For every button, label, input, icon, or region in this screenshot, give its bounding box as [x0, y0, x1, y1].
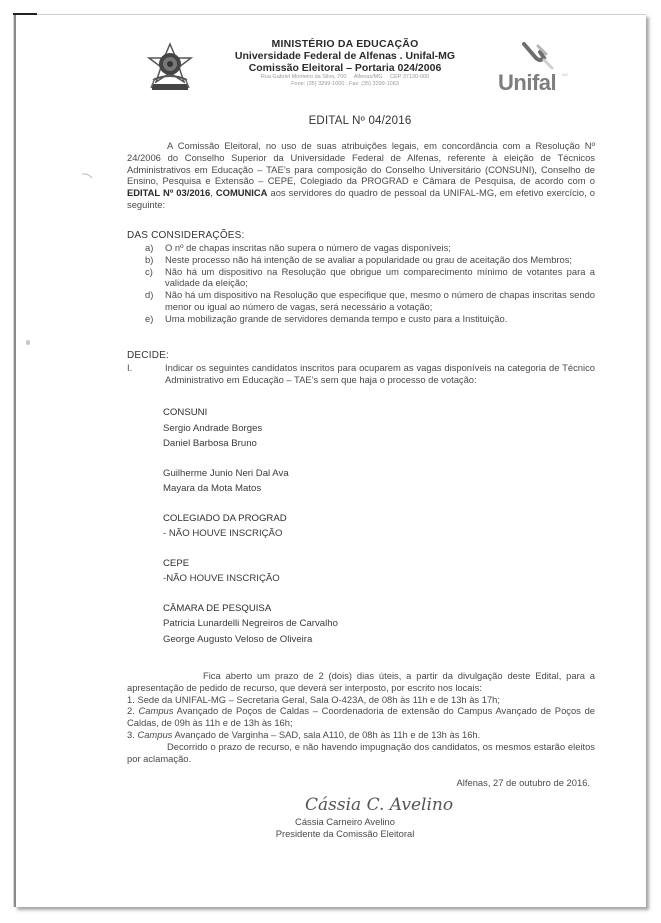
location-text: Sede da UNIFAL-MG – Secretaria Geral, Sa…	[137, 694, 500, 705]
intro-paragraph: A Comissão Eleitoral, no uso de suas atr…	[127, 140, 595, 211]
group-title: COLEGIADO DA PROGRAD	[163, 511, 463, 527]
list-item: b)Neste processo não há intenção de se a…	[145, 254, 595, 266]
university-name: Universidade Federal de Alfenas . Unifal…	[215, 50, 475, 62]
list-item: I.Indicar os seguintes candidatos inscri…	[127, 362, 595, 386]
ministry-name: MINISTÉRIO DA EDUCAÇÃO	[215, 38, 475, 50]
candidate-name: Sergio Andrade Borges	[163, 421, 463, 437]
list-marker: b)	[145, 254, 165, 266]
logo-text: Unifal	[498, 70, 556, 96]
list-item: d)Não há um dispositivo na Resolução que…	[145, 289, 595, 313]
group-consuni: CONSUNI Sergio Andrade Borges Daniel Bar…	[163, 405, 463, 452]
logo-subtext: MG	[562, 73, 570, 77]
comunica-keyword: COMUNICA	[216, 187, 268, 198]
location-number: 2.	[127, 705, 139, 716]
no-registration-note: - NÃO HOUVE INSCRIÇÃO	[163, 526, 463, 542]
group-consuni-2: Guilherme Junio Neri Dal Ava Mayara da M…	[163, 466, 463, 497]
location-text: Avançado de Varginha – SAD, sala A110, d…	[172, 729, 480, 740]
address-line: Rua Gabriel Monteiro da Silva, 700 Alfen…	[215, 74, 475, 81]
handwritten-signature: Cássia C. Avelino	[300, 790, 470, 818]
list-marker: d)	[145, 289, 165, 313]
list-marker: c)	[145, 266, 165, 290]
location-number: 3.	[127, 729, 137, 740]
signatory-role: Presidente da Comissão Eleitoral	[245, 828, 445, 839]
candidate-name: Patricia Lunardelli Negreiros de Carvalh…	[163, 616, 463, 632]
considerations-list: a)O nº de chapas inscritas não supera o …	[145, 242, 595, 325]
appeal-location: 3. Campus Avançado de Varginha – SAD, sa…	[127, 729, 595, 741]
list-text: Indicar os seguintes candidatos inscrito…	[165, 362, 595, 386]
appeal-closing: Decorrido o prazo de recurso, e não have…	[127, 741, 595, 765]
edital-reference: EDITAL Nº 03/2016	[127, 187, 210, 198]
list-text: Não há um dispositivo na Resolução que o…	[165, 266, 595, 290]
decide-list: I.Indicar os seguintes candidatos inscri…	[127, 362, 595, 386]
appeal-location: 2. Campus Avançado de Poços de Caldas – …	[127, 705, 595, 729]
document-date: Alfenas, 27 de outubro de 2016.	[380, 777, 590, 788]
candidate-name: George Augusto Veloso de Oliveira	[163, 632, 463, 648]
list-text: Não há um dispositivo na Resolução que e…	[165, 289, 595, 313]
edital-title: EDITAL Nº 04/2016	[120, 115, 600, 127]
list-item: c)Não há um dispositivo na Resolução que…	[145, 266, 595, 290]
scan-artifact	[26, 340, 30, 345]
candidate-name: Daniel Barbosa Bruno	[163, 436, 463, 452]
signatory-name: Cássia Carneiro Avelino	[250, 816, 440, 827]
location-number: 1.	[127, 694, 137, 705]
list-text: Neste processo não há intenção de se ava…	[165, 254, 595, 266]
crop-mark	[13, 13, 37, 15]
unifal-logo: Unifal MG	[496, 40, 576, 100]
decide-heading: DECIDE:	[127, 350, 169, 361]
appeal-section: Fica aberto um prazo de 2 (dois) dias út…	[127, 670, 595, 764]
candidate-name: Mayara da Mota Matos	[163, 481, 463, 497]
appeal-intro: Fica aberto um prazo de 2 (dois) dias út…	[127, 670, 595, 694]
list-text: O nº de chapas inscritas não supera o nú…	[165, 242, 595, 254]
list-marker: a)	[145, 242, 165, 254]
appeal-location: 1. Sede da UNIFAL-MG – Secretaria Geral,…	[127, 694, 595, 706]
group-title: CÂMARA DE PESQUISA	[163, 601, 463, 617]
group-title: CONSUNI	[163, 405, 463, 421]
intro-text: A Comissão Eleitoral, no uso de suas atr…	[127, 140, 595, 186]
group-colegiado-prograd: COLEGIADO DA PROGRAD - NÃO HOUVE INSCRIÇ…	[163, 511, 463, 542]
group-title: CEPE	[163, 556, 463, 572]
considerations-heading: DAS CONSIDERAÇÕES:	[127, 230, 245, 241]
candidate-groups: CONSUNI Sergio Andrade Borges Daniel Bar…	[163, 405, 463, 661]
list-text: Uma mobilização grande de servidores dem…	[165, 313, 595, 325]
list-item: e)Uma mobilização grande de servidores d…	[145, 313, 595, 325]
campus-label: Campus	[139, 705, 174, 716]
commission-name: Comissão Eleitoral – Portaria 024/2006	[215, 62, 475, 74]
scan-artifact	[82, 168, 96, 176]
location-text: Avançado de Poços de Caldas – Coordenado…	[127, 705, 595, 728]
phone-line: Fone: (35) 3299-1000 . Fax: (35) 3299-10…	[215, 81, 475, 88]
no-registration-note: -NÃO HOUVE INSCRIÇÃO	[163, 571, 463, 587]
candidate-name: Guilherme Junio Neri Dal Ava	[163, 466, 463, 482]
campus-label: Campus	[137, 729, 172, 740]
list-marker: I.	[127, 362, 165, 386]
group-cepe: CEPE -NÃO HOUVE INSCRIÇÃO	[163, 556, 463, 587]
group-camara-pesquisa: CÂMARA DE PESQUISA Patricia Lunardelli N…	[163, 601, 463, 648]
unifal-logo-mark-icon	[518, 40, 558, 72]
letterhead: MINISTÉRIO DA EDUCAÇÃO Universidade Fede…	[215, 38, 475, 88]
list-marker: e)	[145, 313, 165, 325]
list-item: a)O nº de chapas inscritas não supera o …	[145, 242, 595, 254]
signature-text: Cássia C. Avelino	[305, 795, 453, 815]
brazil-coat-of-arms-icon	[145, 42, 195, 97]
